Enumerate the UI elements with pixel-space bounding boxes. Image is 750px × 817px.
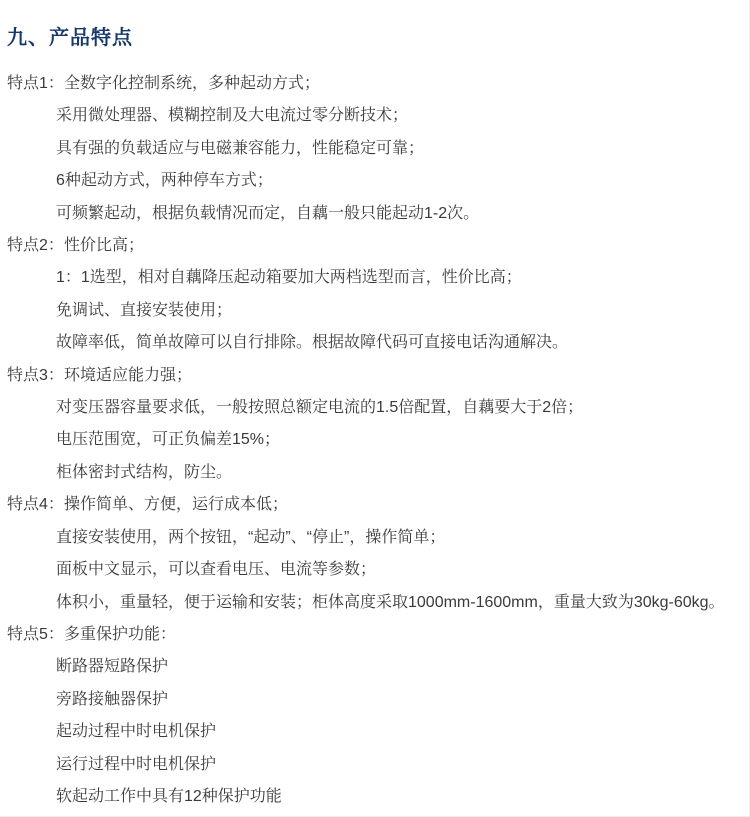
feature-detail: 电压范围宽，可正负偏差15%； bbox=[56, 424, 739, 456]
feature-detail: 软起动工作中具有12种保护功能 bbox=[56, 781, 739, 813]
feature-detail: 旁路接触器保护 bbox=[56, 684, 739, 716]
feature-detail: 故障率低，简单故障可以自行排除。根据故障代码可直接电话沟通解决。 bbox=[56, 327, 739, 359]
feature-detail: 直接安装使用，两个按钮，“起动”、“停止”，操作简单； bbox=[56, 522, 739, 554]
feature-heading: 特点5：多重保护功能： bbox=[7, 619, 739, 651]
feature-heading: 特点4：操作简单、方便，运行成本低； bbox=[7, 489, 739, 521]
feature-detail: 6种起动方式，两种停车方式； bbox=[56, 165, 739, 197]
feature-detail: 具有强的负载适应与电磁兼容能力，性能稳定可靠； bbox=[56, 133, 739, 165]
feature-detail: 免调试、直接安装使用； bbox=[56, 295, 739, 327]
feature-detail: 1：1选型，相对自藕降压起动箱要加大两档选型而言，性价比高； bbox=[56, 262, 739, 294]
feature-detail: 体积小，重量轻，便于运输和安装；柜体高度采取1000mm-1600mm，重量大致… bbox=[56, 587, 739, 619]
feature-heading-text: 性价比高； bbox=[64, 237, 144, 254]
feature-heading-text: 全数字化控制系统，多种起动方式； bbox=[64, 75, 320, 92]
feature-detail: 运行过程中时电机保护 bbox=[56, 749, 739, 781]
page-title: 九、产品特点 bbox=[7, 0, 739, 49]
feature-label: 特点3： bbox=[7, 360, 64, 392]
feature-label: 特点5： bbox=[7, 619, 64, 651]
feature-detail: 采用微处理器、模糊控制及大电流过零分断技术； bbox=[56, 100, 739, 132]
feature-heading: 特点2：性价比高； bbox=[7, 230, 739, 262]
feature-label: 特点2： bbox=[7, 230, 64, 262]
feature-heading: 特点1：全数字化控制系统，多种起动方式； bbox=[7, 68, 739, 100]
feature-label: 特点4： bbox=[7, 489, 64, 521]
feature-heading-text: 多重保护功能： bbox=[64, 626, 176, 643]
product-features-page: 九、产品特点 特点1：全数字化控制系统，多种起动方式；采用微处理器、模糊控制及大… bbox=[0, 0, 750, 817]
feature-heading-text: 操作简单、方便，运行成本低； bbox=[64, 496, 288, 513]
feature-detail: 对变压器容量要求低，一般按照总额定电流的1.5倍配置，自藕要大于2倍； bbox=[56, 392, 739, 424]
feature-detail: 面板中文显示，可以查看电压、电流等参数； bbox=[56, 554, 739, 586]
feature-detail: 起动过程中时电机保护 bbox=[56, 716, 739, 748]
feature-list: 特点1：全数字化控制系统，多种起动方式；采用微处理器、模糊控制及大电流过零分断技… bbox=[7, 68, 739, 813]
feature-detail: 可频繁起动，根据负载情况而定，自藕一般只能起动1-2次。 bbox=[56, 198, 739, 230]
feature-heading-text: 环境适应能力强； bbox=[64, 367, 192, 384]
feature-heading: 特点3：环境适应能力强； bbox=[7, 360, 739, 392]
feature-detail: 断路器短路保护 bbox=[56, 651, 739, 683]
feature-detail: 柜体密封式结构，防尘。 bbox=[56, 457, 739, 489]
feature-label: 特点1： bbox=[7, 68, 64, 100]
